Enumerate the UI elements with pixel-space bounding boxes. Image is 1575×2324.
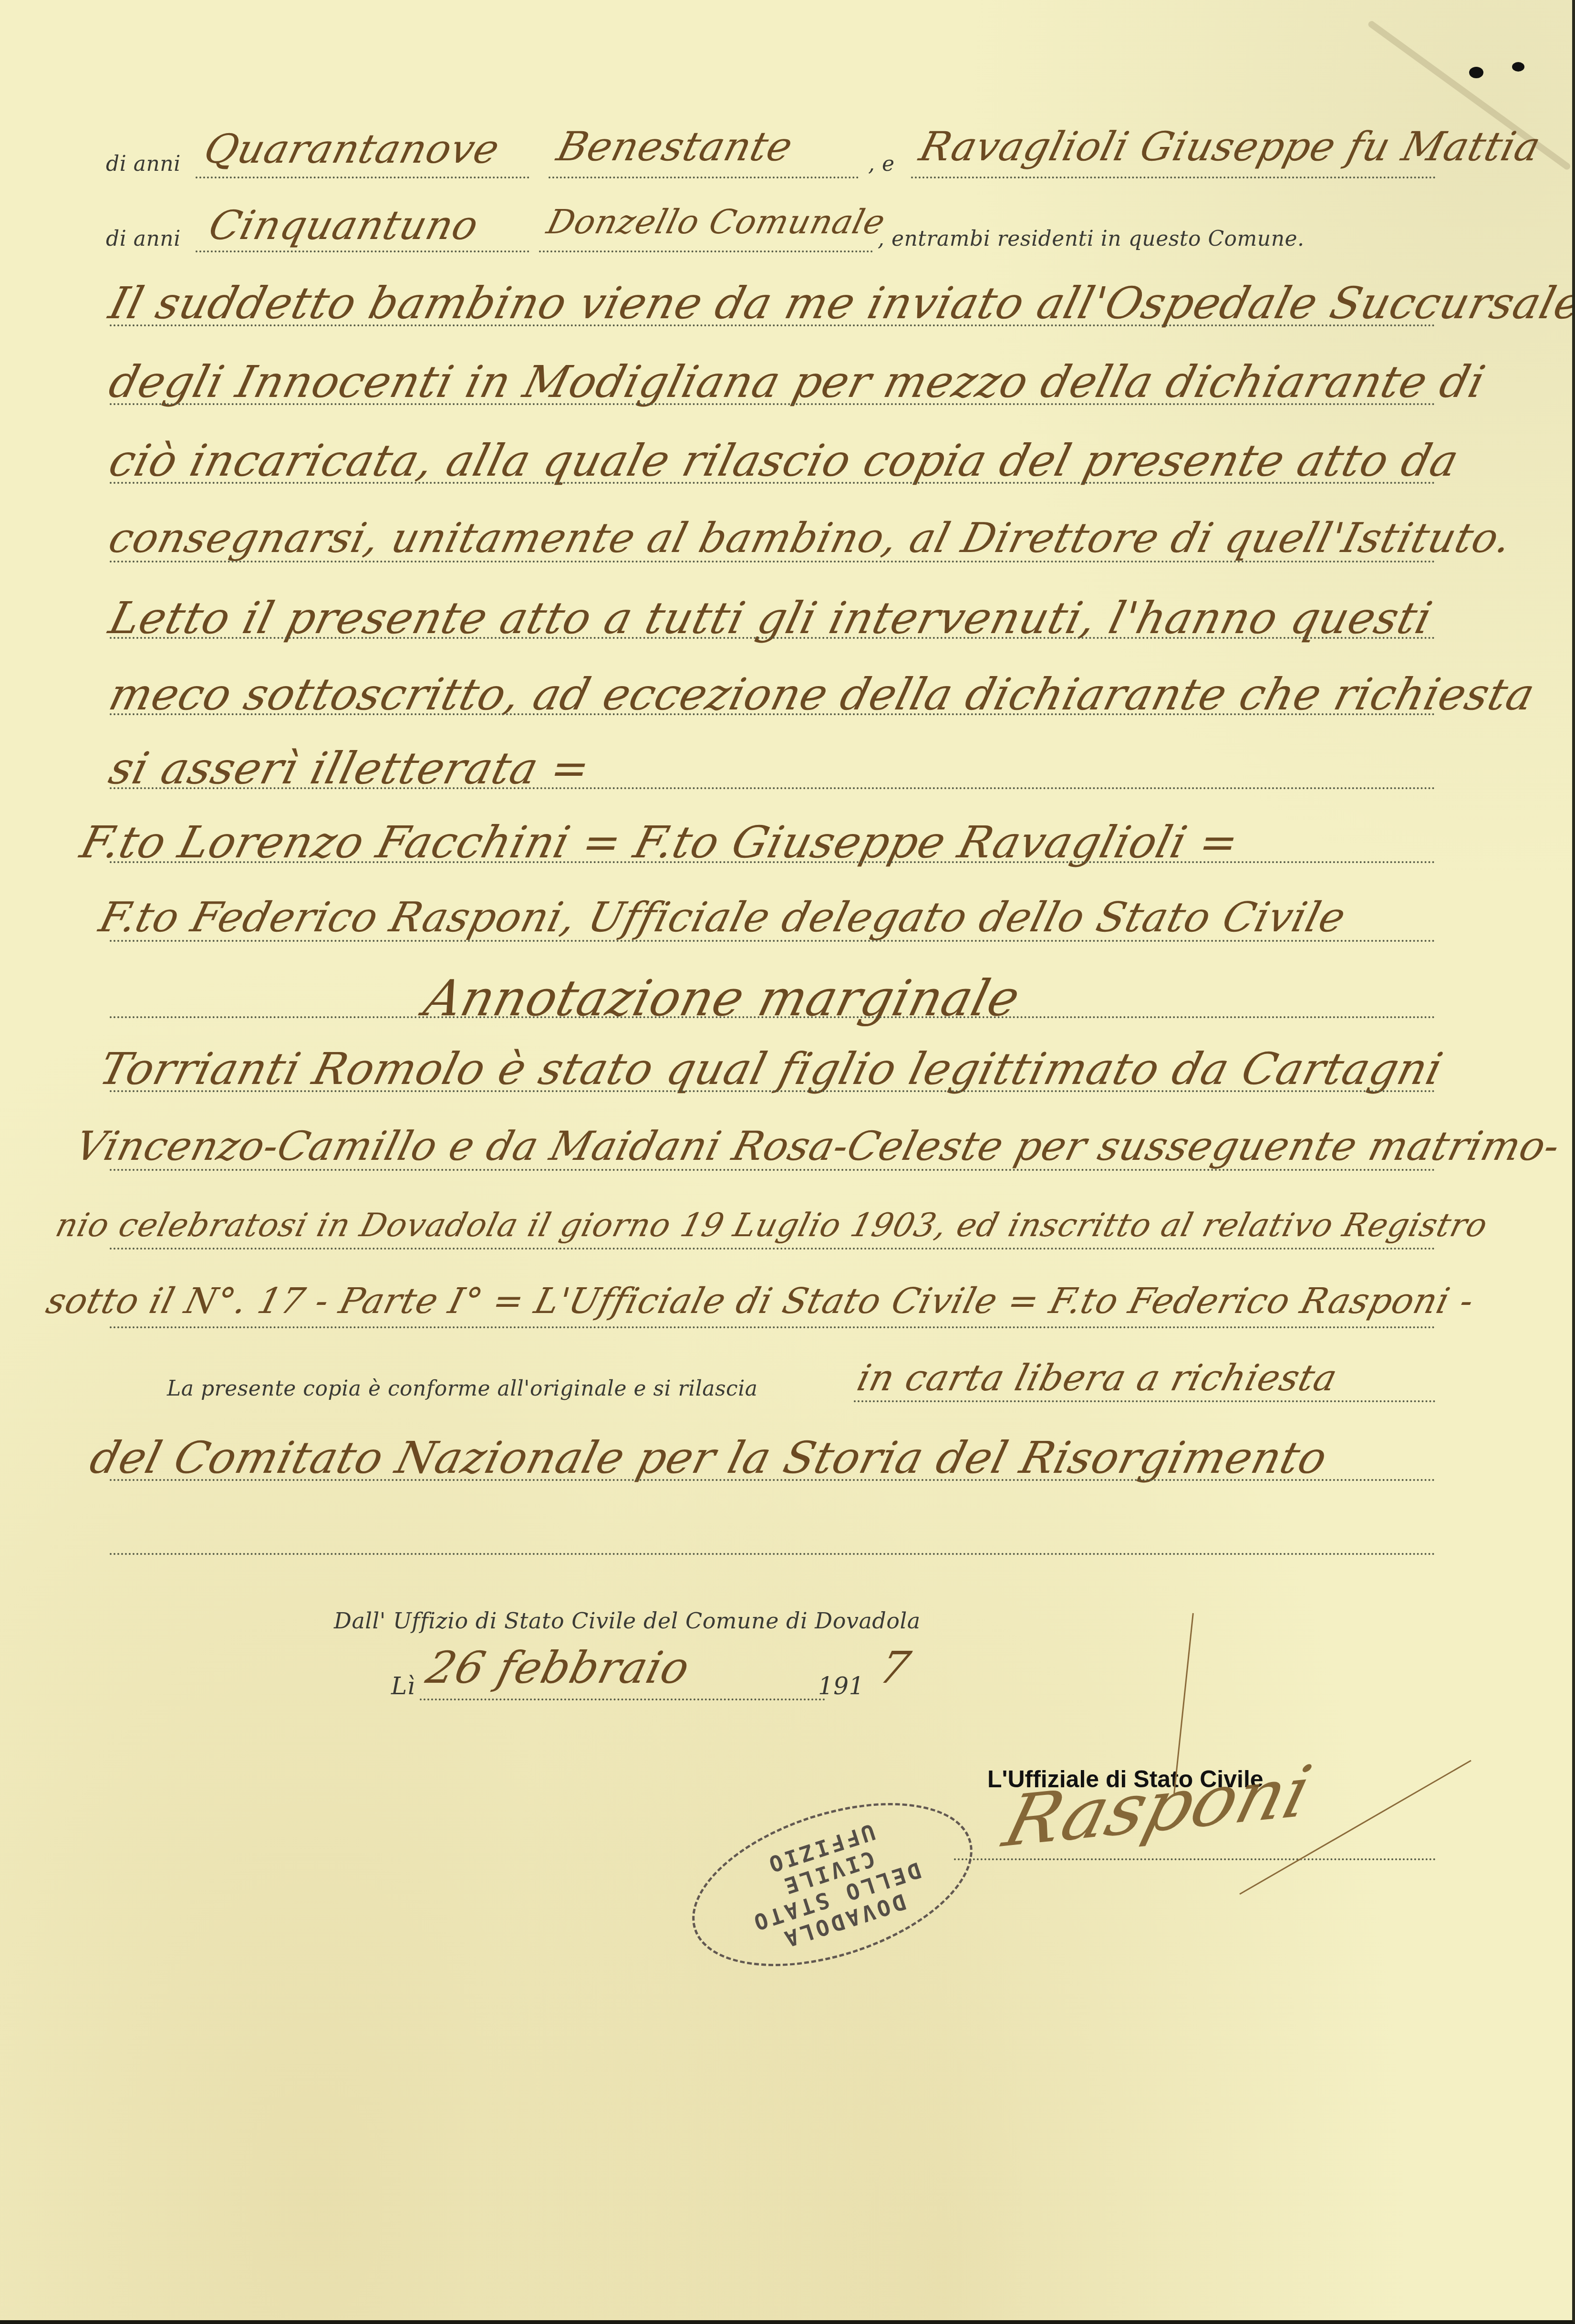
body-line-6: meco sottoscritto, ad eccezione della di… bbox=[105, 673, 1539, 717]
date-handwritten: 26 febbraio bbox=[422, 1646, 694, 1690]
document-page: di anni Quarantanove Benestante , e Rava… bbox=[0, 0, 1575, 2324]
ruled-line bbox=[110, 861, 1436, 863]
annotation-line-4: sotto il N°. 17 - Parte I° = L'Ufficiale… bbox=[43, 1283, 1478, 1319]
annotation-line-1: Torrianti Romolo è stato qual figlio leg… bbox=[95, 1047, 1447, 1091]
body-line-5: Letto il presente atto a tutti gli inter… bbox=[105, 596, 1436, 640]
signature-line-1: F.to Lorenzo Facchini = F.to Giuseppe Ra… bbox=[76, 821, 1243, 865]
body-line-1: Il suddetto bambino viene da me inviato … bbox=[105, 281, 1575, 325]
signature-line-2: F.to Federico Rasponi, Ufficiale delegat… bbox=[95, 897, 1350, 938]
ruled-line bbox=[110, 561, 1436, 563]
ruled-line bbox=[110, 713, 1436, 715]
year-printed: 191 bbox=[818, 1672, 864, 1700]
ruled-line bbox=[110, 787, 1436, 789]
office-line: Dall' Uffizio di Stato Civile del Comune… bbox=[334, 1608, 921, 1634]
body-line-2: degli Innocenti in Modigliana per mezzo … bbox=[105, 360, 1490, 404]
date-prefix: Lì bbox=[391, 1672, 415, 1700]
ruled-line bbox=[110, 1553, 1436, 1555]
ruled-line bbox=[539, 250, 873, 252]
witness2-name: Ravaglioli Giuseppe fu Mattia bbox=[916, 126, 1545, 167]
witness2-age: Cinquantuno bbox=[205, 205, 483, 245]
ruled-line bbox=[420, 1699, 825, 1700]
paper-hole bbox=[1512, 62, 1524, 72]
ruled-line bbox=[196, 177, 529, 178]
annotation-title: Annotazione marginale bbox=[420, 973, 1025, 1023]
ruled-line bbox=[196, 250, 529, 252]
ruled-line bbox=[110, 1016, 1436, 1018]
witness-conj: , e bbox=[868, 152, 895, 176]
certification-handwritten-2: del Comitato Nazionale per la Storia del… bbox=[86, 1436, 1332, 1480]
ruled-line bbox=[110, 940, 1436, 942]
certification-printed: La presente copia è conforme all'origina… bbox=[167, 1376, 758, 1401]
ruled-line bbox=[110, 637, 1436, 639]
ruled-line bbox=[911, 177, 1436, 178]
ruled-line bbox=[110, 1248, 1436, 1250]
label-di-anni-1: di anni bbox=[106, 152, 181, 176]
ruled-line bbox=[110, 1479, 1436, 1481]
ruled-line bbox=[110, 403, 1436, 405]
body-line-3: ciò incaricata, alla quale rilascio copi… bbox=[105, 439, 1463, 483]
witness2-profession: Donzello Comunale bbox=[544, 205, 889, 239]
official-stamp: DOVADOLA DELLO STATO CIVILE UFFIZIO bbox=[672, 1772, 993, 1998]
body-line-4: consegnarsi, unitamente al bambino, al D… bbox=[105, 518, 1516, 559]
label-di-anni-2: di anni bbox=[106, 227, 181, 251]
ruled-line bbox=[110, 1090, 1436, 1092]
residence-text: , entrambi residenti in questo Comune. bbox=[878, 227, 1305, 251]
witness1-age: Quarantanove bbox=[200, 129, 504, 169]
ruled-line bbox=[110, 1169, 1436, 1171]
certification-handwritten-1: in carta libera a richiesta bbox=[854, 1360, 1341, 1396]
annotation-line-2: Vincenzo-Camillo e da Maidani Rosa-Celes… bbox=[72, 1126, 1564, 1166]
ruled-line bbox=[110, 324, 1436, 326]
paper-hole bbox=[1469, 67, 1483, 78]
year-handwritten: 7 bbox=[875, 1646, 914, 1690]
ruled-line bbox=[110, 482, 1436, 484]
ruled-line bbox=[549, 177, 859, 178]
witness1-profession: Benestante bbox=[553, 126, 797, 167]
annotation-line-3: nio celebratosi in Dovadola il giorno 19… bbox=[52, 1209, 1491, 1242]
body-line-7: si asserì illetterata = bbox=[105, 747, 594, 791]
ruled-line bbox=[110, 1326, 1436, 1328]
ruled-line bbox=[854, 1400, 1436, 1402]
